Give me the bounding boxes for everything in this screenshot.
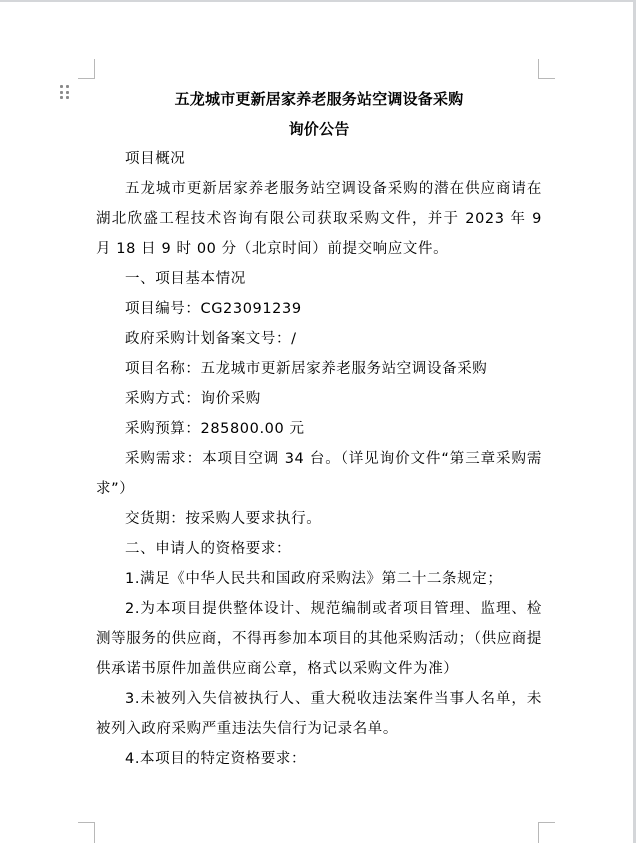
delivery-period: 交货期：按采购人要求执行。 (96, 504, 542, 534)
section-2-heading: 二、申请人的资格要求： (96, 534, 542, 564)
procurement-budget: 采购预算：285800.00 元 (96, 414, 542, 444)
overview-paragraph: 五龙城市更新居家养老服务站空调设备采购的潜在供应商请在湖北欣盛工程技术咨询有限公… (96, 174, 542, 264)
margin-mark-bottom-left (78, 822, 95, 843)
qualification-item-2: 2.为本项目提供整体设计、规范编制或者项目管理、监理、检测等服务的供应商，不得再… (96, 594, 542, 684)
document-title: 五龙城市更新居家养老服务站空调设备采购 (96, 84, 542, 114)
drag-handle-icon[interactable] (60, 85, 70, 99)
document-body[interactable]: 五龙城市更新居家养老服务站空调设备采购 询价公告 项目概况 五龙城市更新居家养老… (96, 84, 542, 774)
page-top-border (0, 0, 636, 2)
margin-mark-bottom-right (538, 822, 555, 843)
qualification-item-3: 3.未被列入失信被执行人、重大税收违法案件当事人名单，未被列入政府采购严重违法失… (96, 684, 542, 744)
section-1-heading: 一、项目基本情况 (96, 264, 542, 294)
project-name: 项目名称：五龙城市更新居家养老服务站空调设备采购 (96, 354, 542, 384)
section-overview-heading: 项目概况 (96, 144, 542, 174)
document-subtitle: 询价公告 (96, 114, 542, 144)
project-number: 项目编号：CG23091239 (96, 294, 542, 324)
procurement-method: 采购方式：询价采购 (96, 384, 542, 414)
plan-filing-number: 政府采购计划备案文号：/ (96, 324, 542, 354)
margin-mark-top-right (538, 59, 555, 79)
qualification-item-4: 4.本项目的特定资格要求： (96, 744, 542, 774)
procurement-requirement: 采购需求：本项目空调 34 台。（详见询价文件“第三章采购需求”） (96, 444, 542, 504)
qualification-item-1: 1.满足《中华人民共和国政府采购法》第二十二条规定； (96, 564, 542, 594)
margin-mark-top-left (78, 59, 95, 79)
